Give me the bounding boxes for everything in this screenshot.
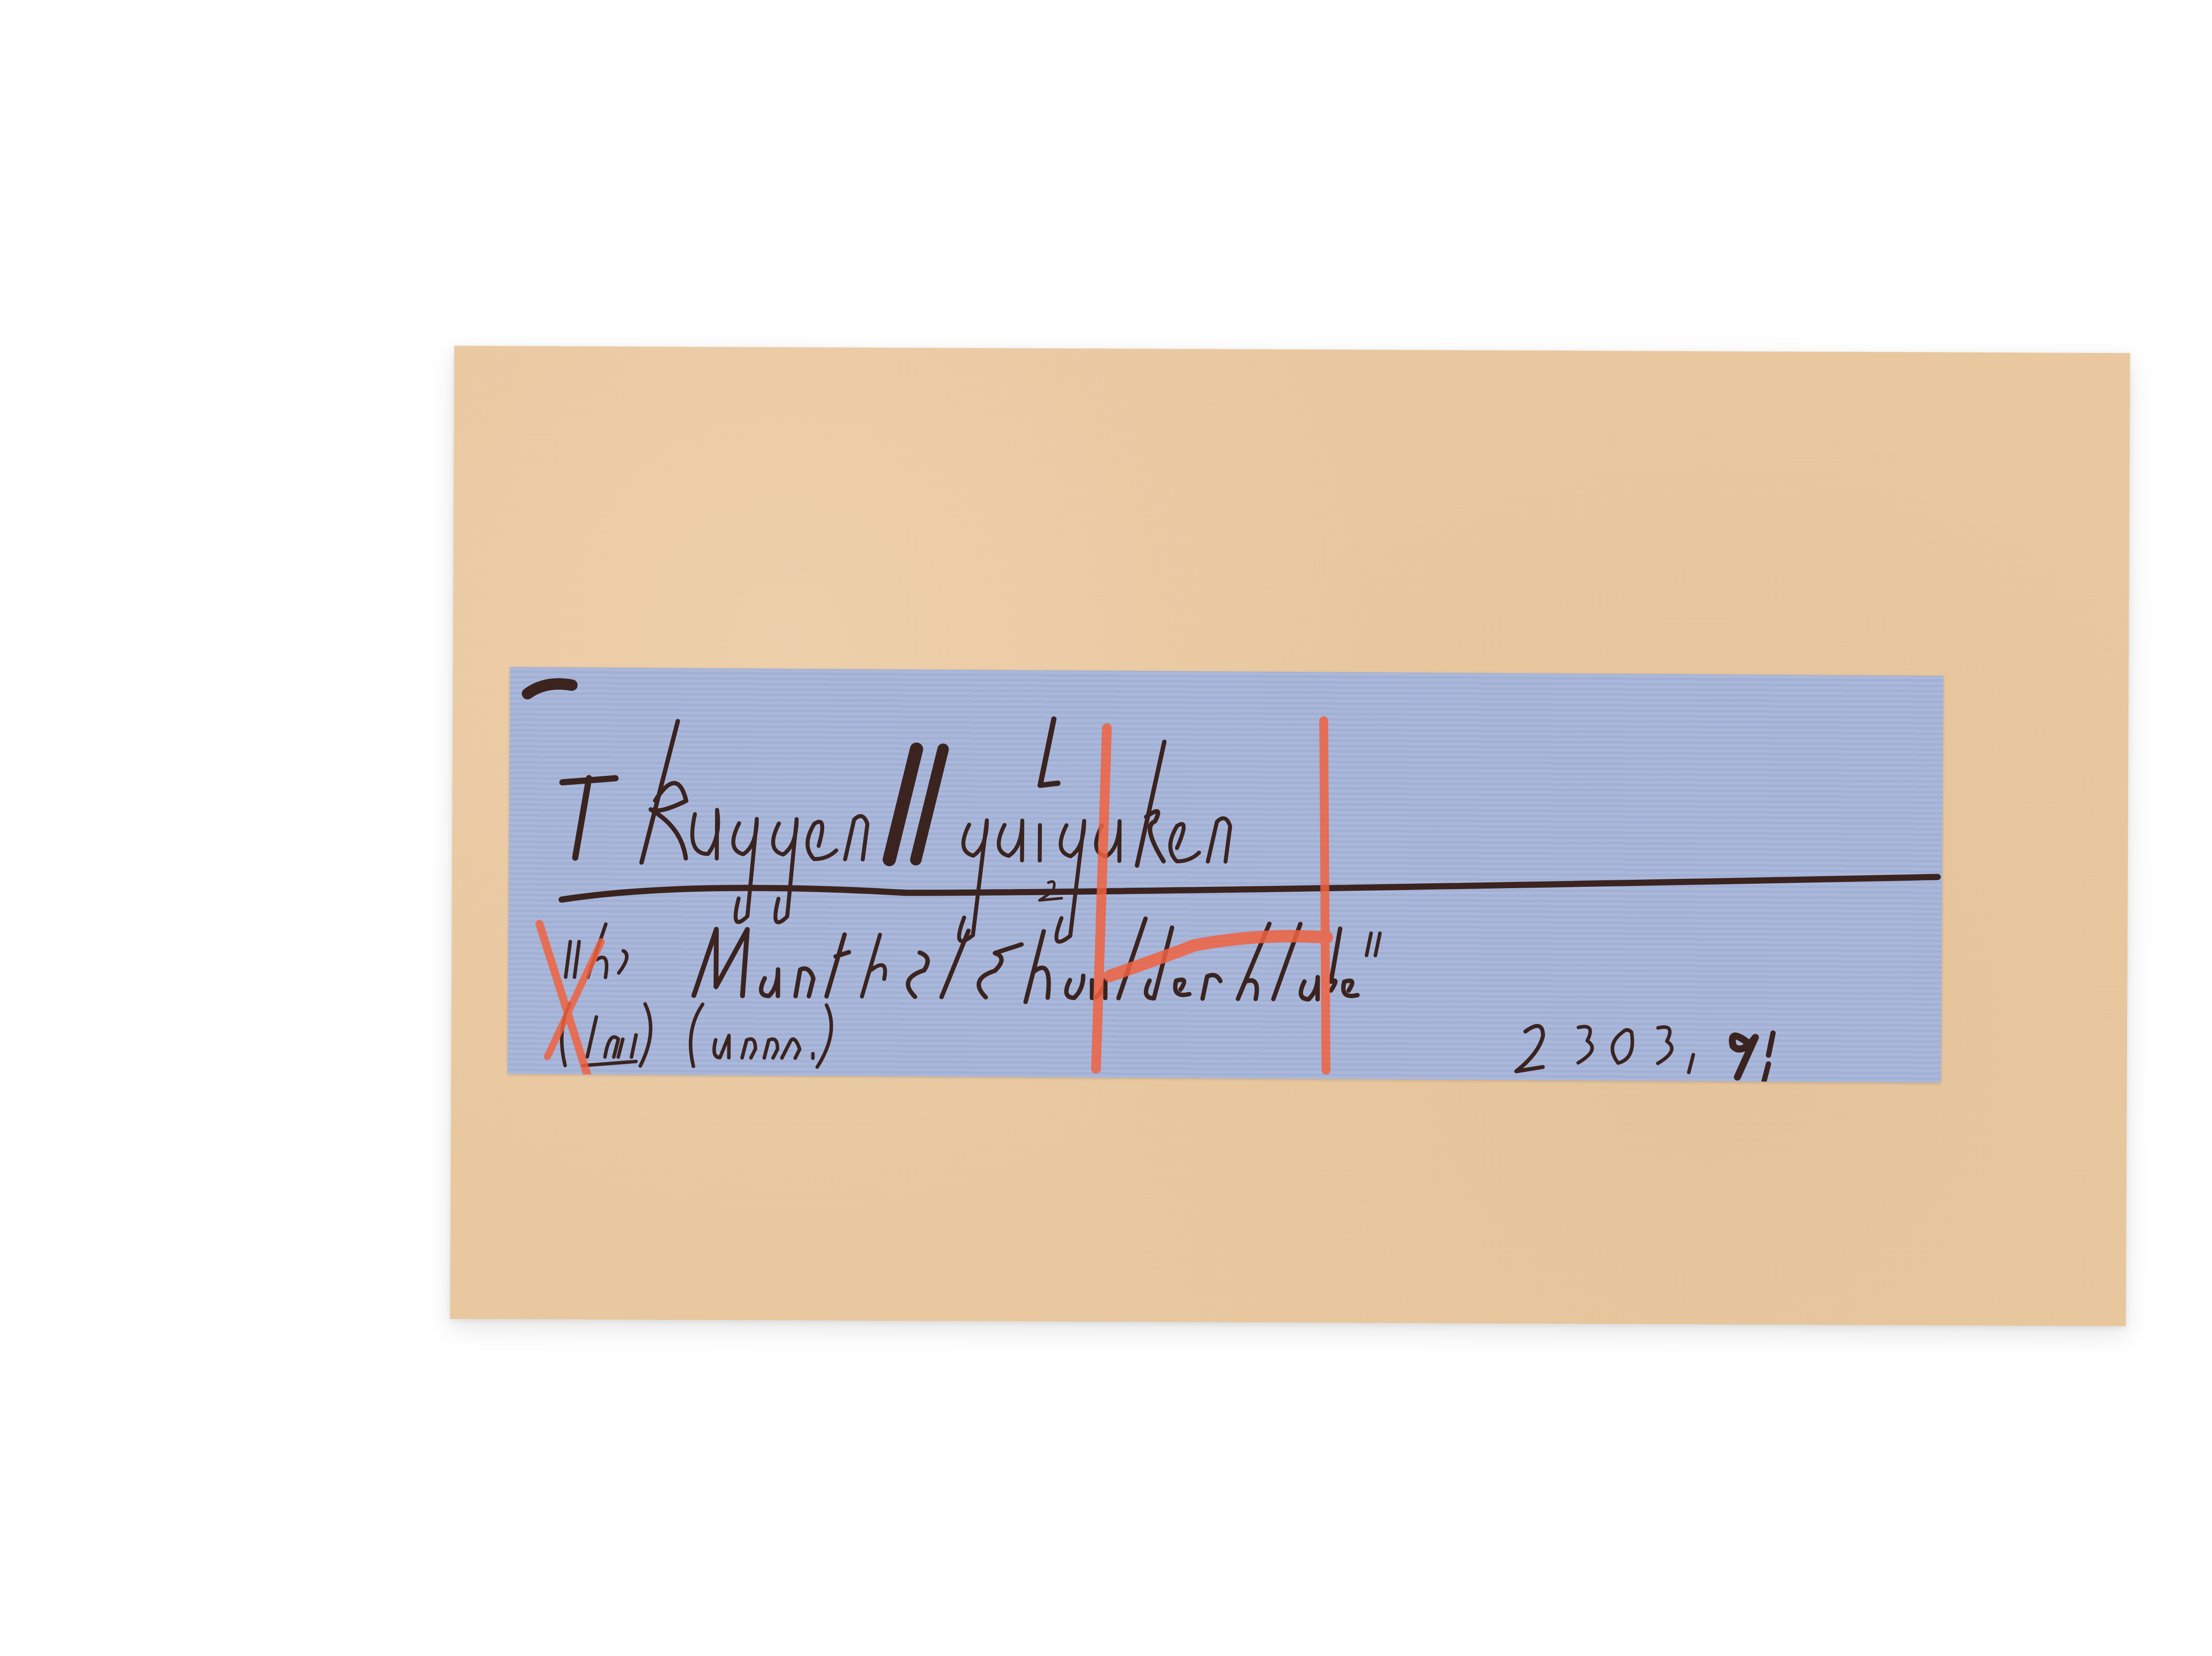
handwritten-label-slip: Tkuggen Ngaiyaken "the Man's shoulder bl…: [507, 667, 1943, 1083]
